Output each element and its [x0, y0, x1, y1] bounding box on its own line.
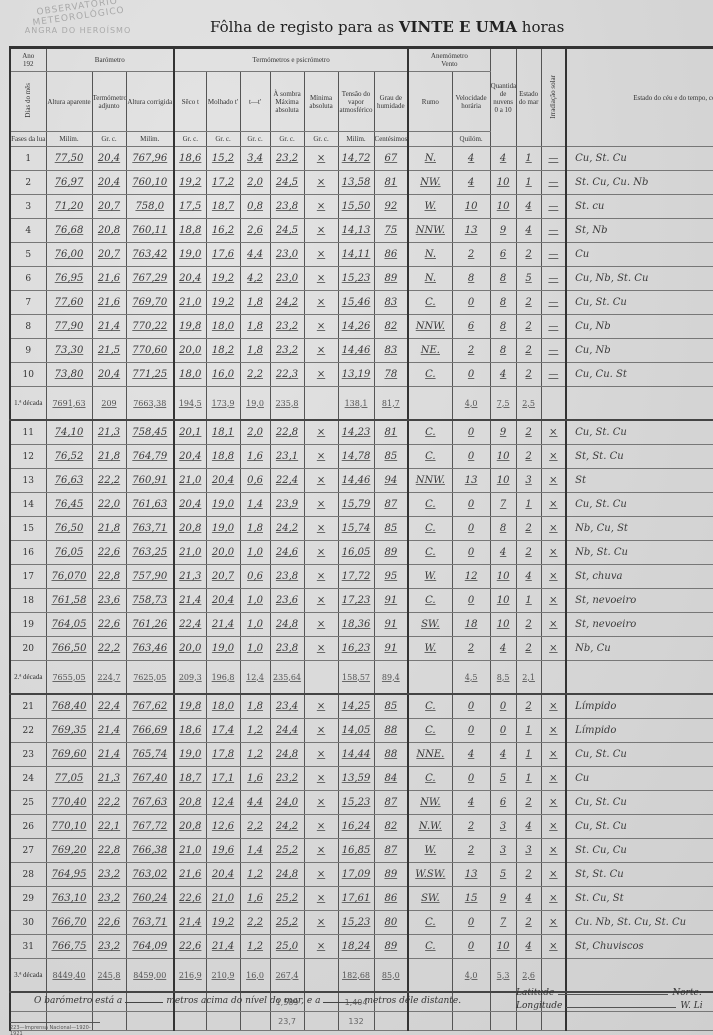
value-cell: 767,63	[126, 791, 174, 815]
value-cell: 194,5	[174, 387, 206, 421]
value-cell: 3	[516, 469, 541, 493]
value-cell: 20,8	[174, 517, 206, 541]
value-cell: 24,0	[270, 791, 304, 815]
value-cell: 76,05	[46, 541, 92, 565]
value-cell: 5	[516, 267, 541, 291]
value-cell: 4,5	[452, 661, 490, 695]
value-cell: NW.	[408, 791, 452, 815]
value-cell: ×	[541, 719, 566, 743]
value-cell: 5,3	[490, 959, 516, 993]
value-cell: 761,26	[126, 613, 174, 637]
value-cell: 20,1	[174, 420, 206, 445]
value-cell: 17,4	[206, 719, 240, 743]
table-row: 576,0020,7763,4219,017,64,423,0×14,1186N…	[10, 243, 713, 267]
days-header: Dias do mês	[10, 72, 46, 132]
value-cell: 16,2	[206, 219, 240, 243]
value-cell: 23,4	[270, 694, 304, 719]
value-cell: 770,40	[46, 791, 92, 815]
value-cell: ×	[304, 147, 338, 171]
value-cell: 21,4	[92, 719, 126, 743]
table-row: 177,5020,4767,9618,615,23,423,2×14,7267N…	[10, 147, 713, 171]
col-attached-thermometer: Termómetro adjunto	[92, 72, 126, 132]
value-cell: 77,50	[46, 147, 92, 171]
value-cell: 21,0	[174, 291, 206, 315]
value-cell: 1	[516, 171, 541, 195]
value-cell: 2	[516, 420, 541, 445]
day-number: 11	[10, 420, 46, 445]
value-cell: —	[541, 219, 566, 243]
value-cell: 769,60	[46, 743, 92, 767]
col-humidity: Grau de humidade	[374, 72, 408, 132]
observation-table: Ano192 Barómetro Termómetros e psicrómet…	[9, 46, 713, 1031]
value-cell: ×	[304, 911, 338, 935]
value-cell: 19,0	[206, 637, 240, 661]
value-cell: 20,8	[174, 791, 206, 815]
value-cell: 196,8	[206, 661, 240, 695]
anemometer-group-header: AnemómetroVento	[408, 48, 490, 72]
value-cell: 19,0	[240, 387, 270, 421]
value-cell: ×	[541, 589, 566, 613]
value-cell: 23,0	[270, 267, 304, 291]
value-cell: 6	[490, 791, 516, 815]
value-cell: 83	[374, 339, 408, 363]
col-dry: Sêco t	[174, 72, 206, 132]
sky-state-cell: St. Cu, St	[566, 887, 713, 911]
value-cell: 15,74	[338, 517, 374, 541]
sky-state-cell: Cu, Cu. St	[566, 363, 713, 387]
value-cell: NE.	[408, 339, 452, 363]
value-cell: 210,9	[206, 959, 240, 993]
value-cell: SW.	[408, 613, 452, 637]
value-cell: 23,0	[270, 243, 304, 267]
value-cell: 20,7	[92, 243, 126, 267]
value-cell: 23,8	[270, 637, 304, 661]
value-cell: 1,2	[240, 935, 270, 959]
value-cell: 1,4	[240, 493, 270, 517]
col-sea-state: Estado do mar	[516, 48, 541, 147]
value-cell: 770,10	[46, 815, 92, 839]
value-cell: 2	[516, 363, 541, 387]
value-cell: ×	[304, 291, 338, 315]
value-cell: 758,73	[126, 589, 174, 613]
value-cell: 24,8	[270, 743, 304, 767]
value-cell: 22,2	[92, 637, 126, 661]
value-cell: 0	[452, 767, 490, 791]
value-cell: 2	[516, 694, 541, 719]
value-cell: 770,60	[126, 339, 174, 363]
value-cell: 13,19	[338, 363, 374, 387]
value-cell: 86	[374, 243, 408, 267]
value-cell: 19,0	[206, 517, 240, 541]
value-cell: 0	[452, 694, 490, 719]
day-number: 4	[10, 219, 46, 243]
table-row: 18761,5823,6758,7321,420,41,023,6×17,239…	[10, 589, 713, 613]
pencil-total-row: 23,7132	[10, 1012, 713, 1031]
value-cell: 24,2	[270, 291, 304, 315]
value-cell: 17,72	[338, 565, 374, 589]
year-header: Ano192	[10, 48, 46, 72]
value-cell: NW.	[408, 171, 452, 195]
value-cell: 20,4	[92, 363, 126, 387]
value-cell: 85	[374, 445, 408, 469]
value-cell: 76,97	[46, 171, 92, 195]
value-cell: 18,8	[206, 445, 240, 469]
day-number: 6	[10, 267, 46, 291]
value-cell: 4	[452, 147, 490, 171]
value-cell: ×	[304, 363, 338, 387]
day-number: 21	[10, 694, 46, 719]
value-cell: 14,46	[338, 469, 374, 493]
value-cell: 22,4	[174, 613, 206, 637]
table-row: 20766,5022,2763,4620,019,01,023,8×16,239…	[10, 637, 713, 661]
value-cell: 3	[490, 839, 516, 863]
value-cell: 21,6	[92, 291, 126, 315]
value-cell: ×	[304, 420, 338, 445]
unit: Gr. c.	[304, 132, 338, 147]
value-cell: 21,8	[92, 517, 126, 541]
value-cell: ×	[541, 613, 566, 637]
value-cell: 20,4	[174, 445, 206, 469]
table-row: 1776,07022,8757,9021,320,70,623,8×17,729…	[10, 565, 713, 589]
value-cell: ×	[304, 767, 338, 791]
value-cell: ×	[541, 791, 566, 815]
day-number: 2	[10, 171, 46, 195]
unit	[408, 132, 452, 147]
sky-state-cell: Cu, Nb	[566, 315, 713, 339]
empty-cell	[490, 1012, 516, 1031]
value-cell: 22,8	[92, 565, 126, 589]
sky-state-cell: St. Cu, Cu	[566, 839, 713, 863]
value-cell: 2	[516, 291, 541, 315]
value-cell: 766,50	[46, 637, 92, 661]
sky-state-cell: Nb, St. Cu	[566, 541, 713, 565]
value-cell: 21,3	[174, 565, 206, 589]
value-cell: 9	[490, 887, 516, 911]
value-cell: 14,72	[338, 147, 374, 171]
value-cell: 24,2	[270, 815, 304, 839]
value-cell: 18,0	[206, 315, 240, 339]
value-cell: C.	[408, 517, 452, 541]
longitude-suffix: W. Li	[680, 1001, 702, 1011]
decade-summary-row: 3.ª década8449,40245,88459,00216,9210,91…	[10, 959, 713, 993]
value-cell	[304, 387, 338, 421]
value-cell: 763,71	[126, 517, 174, 541]
value-cell: 7,5	[490, 387, 516, 421]
value-cell: 2,5	[516, 387, 541, 421]
value-cell: 8	[490, 291, 516, 315]
day-number: 12	[10, 445, 46, 469]
value-cell: 82	[374, 815, 408, 839]
value-cell: 77,90	[46, 315, 92, 339]
value-cell: N.W.	[408, 815, 452, 839]
table-row: 31766,7523,2764,0922,621,41,225,0×18,248…	[10, 935, 713, 959]
value-cell: 87	[374, 493, 408, 517]
value-cell: 19,2	[206, 911, 240, 935]
value-cell: —	[541, 291, 566, 315]
title-hour: VINTE E UMA	[399, 18, 517, 36]
value-cell: ×	[304, 694, 338, 719]
value-cell: 766,38	[126, 839, 174, 863]
value-cell: 16,23	[338, 637, 374, 661]
table-row: 23769,6021,4765,7419,017,81,224,8×14,448…	[10, 743, 713, 767]
value-cell: ×	[304, 171, 338, 195]
value-cell: 18,0	[206, 694, 240, 719]
value-cell: 16,0	[206, 363, 240, 387]
value-cell: C.	[408, 767, 452, 791]
value-cell: 2,0	[240, 171, 270, 195]
value-cell: 7691,63	[46, 387, 92, 421]
value-cell: 8,5	[490, 661, 516, 695]
value-cell: 21,0	[174, 469, 206, 493]
value-cell: 19,0	[206, 493, 240, 517]
value-cell	[408, 959, 452, 993]
printer-imprint: 223—Imprensa Nacional—1920-1921	[10, 1022, 100, 1035]
value-cell: N.	[408, 243, 452, 267]
value-cell: 18	[452, 613, 490, 637]
value-cell: 10	[490, 195, 516, 219]
value-cell: 15,23	[338, 911, 374, 935]
table-row: 25770,4022,2767,6320,812,44,424,0×15,238…	[10, 791, 713, 815]
value-cell: 1,8	[240, 339, 270, 363]
value-cell: 17,8	[206, 743, 240, 767]
value-cell: 6	[452, 315, 490, 339]
value-cell: ×	[541, 541, 566, 565]
value-cell: 17,1	[206, 767, 240, 791]
value-cell: 74,10	[46, 420, 92, 445]
value-cell: 20,4	[174, 493, 206, 517]
value-cell: 757,90	[126, 565, 174, 589]
value-cell: 7	[490, 911, 516, 935]
value-cell: NNW.	[408, 315, 452, 339]
day-number: 14	[10, 493, 46, 517]
value-cell: 769,20	[46, 839, 92, 863]
value-cell: —	[541, 267, 566, 291]
value-cell: ×	[304, 195, 338, 219]
value-cell: 85	[374, 694, 408, 719]
unit: Centésimos	[374, 132, 408, 147]
table-row: 26770,1022,1767,7220,812,62,224,2×16,248…	[10, 815, 713, 839]
sky-state-cell: Límpido	[566, 719, 713, 743]
value-cell: 8	[490, 267, 516, 291]
value-cell: 764,95	[46, 863, 92, 887]
table-row: 2477,0521,3767,4018,717,11,623,2×13,5984…	[10, 767, 713, 791]
value-cell: C.	[408, 694, 452, 719]
observation-rows: 177,5020,4767,9618,615,23,423,2×14,7267N…	[10, 147, 713, 1031]
sky-state-cell: Cu, St. Cu	[566, 147, 713, 171]
value-cell: 1,2	[240, 719, 270, 743]
value-cell: SW.	[408, 887, 452, 911]
value-cell: 8449,40	[46, 959, 92, 993]
value-cell: ×	[541, 887, 566, 911]
col-wind-direction: Rumo	[408, 72, 452, 132]
value-cell: 10	[490, 469, 516, 493]
value-cell: 2	[452, 815, 490, 839]
day-number: 9	[10, 339, 46, 363]
value-cell: 76,00	[46, 243, 92, 267]
value-cell: 1,8	[240, 291, 270, 315]
value-cell: 0,6	[240, 469, 270, 493]
value-cell: C.	[408, 911, 452, 935]
sky-state-cell: St, Nb	[566, 219, 713, 243]
value-cell: 21,5	[92, 339, 126, 363]
value-cell: 13,59	[338, 767, 374, 791]
value-cell: 19,8	[174, 315, 206, 339]
value-cell: —	[541, 363, 566, 387]
value-cell: 761,58	[46, 589, 92, 613]
value-cell: 14,25	[338, 694, 374, 719]
empty-cell	[408, 1012, 452, 1031]
title-prefix: Fôlha de registo para as	[210, 18, 399, 36]
value-cell: 4	[516, 565, 541, 589]
value-cell: C.	[408, 493, 452, 517]
value-cell: 95	[374, 565, 408, 589]
value-cell: 235,64	[270, 661, 304, 695]
value-cell: 4	[516, 815, 541, 839]
col-diff: t—t'	[240, 72, 270, 132]
value-cell: ×	[541, 935, 566, 959]
value-cell: ×	[304, 339, 338, 363]
value-cell: 20,0	[174, 637, 206, 661]
value-cell: 1,0	[240, 637, 270, 661]
value-cell	[408, 387, 452, 421]
sky-state-cell: Cu, Nb, St. Cu	[566, 267, 713, 291]
day-number: 26	[10, 815, 46, 839]
value-cell: ×	[304, 863, 338, 887]
sky-state-cell: Cu, St. Cu	[566, 291, 713, 315]
value-cell: 4	[490, 363, 516, 387]
sky-state-cell: St, nevoeiro	[566, 613, 713, 637]
value-cell: 769,70	[126, 291, 174, 315]
value-cell: ×	[304, 743, 338, 767]
value-cell: 763,42	[126, 243, 174, 267]
value-cell: 13	[452, 469, 490, 493]
value-cell: 76,50	[46, 517, 92, 541]
value-cell: 89	[374, 863, 408, 887]
value-cell: 2	[516, 911, 541, 935]
table-row: 1174,1021,3758,4520,118,12,022,8×14,2381…	[10, 420, 713, 445]
value-cell: 76,95	[46, 267, 92, 291]
col-cloud-amount: Quantidade de nuvens 0 a 10	[490, 48, 516, 147]
value-cell: 758,45	[126, 420, 174, 445]
value-cell: 21,3	[92, 420, 126, 445]
table-row: 676,9521,6767,2920,419,24,223,0×15,2389N…	[10, 267, 713, 291]
value-cell: NNE.	[408, 743, 452, 767]
value-cell: 23,8	[270, 195, 304, 219]
value-cell: 22,8	[270, 420, 304, 445]
value-cell: 4,2	[240, 267, 270, 291]
value-cell	[304, 959, 338, 993]
value-cell: 3	[516, 839, 541, 863]
value-cell: 17,5	[174, 195, 206, 219]
sky-state-cell	[566, 959, 713, 993]
value-cell: 81	[374, 420, 408, 445]
barometer-note: O barómetro está ametros acima do nível …	[34, 996, 461, 1006]
empty-cell	[490, 992, 516, 1012]
decade-label: 3.ª década	[10, 959, 46, 993]
sky-state-cell: St, St. Cu	[566, 863, 713, 887]
value-cell: 760,91	[126, 469, 174, 493]
sky-state-cell: Cu, St. Cu	[566, 743, 713, 767]
value-cell: W.	[408, 637, 452, 661]
value-cell: 15,46	[338, 291, 374, 315]
value-cell: 89,4	[374, 661, 408, 695]
value-cell: 2	[516, 315, 541, 339]
value-cell: 76,45	[46, 493, 92, 517]
col-sky-state: Estado do céu e do tempo, configuração d…	[566, 48, 713, 147]
day-number: 7	[10, 291, 46, 315]
value-cell: 20,8	[92, 219, 126, 243]
value-cell: 21,4	[206, 613, 240, 637]
value-cell: 2	[452, 839, 490, 863]
value-cell: 2,0	[240, 420, 270, 445]
value-cell: 22,6	[174, 887, 206, 911]
value-cell: ×	[304, 637, 338, 661]
value-cell: 0	[452, 363, 490, 387]
value-cell: 0,6	[240, 565, 270, 589]
value-cell: 18,6	[174, 719, 206, 743]
value-cell: 25,2	[270, 911, 304, 935]
value-cell: 22,2	[92, 469, 126, 493]
col-max: À sombraMáxima absoluta	[270, 72, 304, 132]
value-cell: 4,0	[452, 959, 490, 993]
latitude-label: Latitude	[516, 988, 554, 998]
value-cell: ×	[541, 445, 566, 469]
table-row: 777,6021,6769,7021,019,21,824,2×15,4683C…	[10, 291, 713, 315]
value-cell: 10	[452, 195, 490, 219]
empty-cell	[206, 1012, 240, 1031]
value-cell: 235,8	[270, 387, 304, 421]
sky-state-cell: Nb, Cu	[566, 637, 713, 661]
value-cell: 2	[516, 541, 541, 565]
value-cell: 17,23	[338, 589, 374, 613]
value-cell: 1,2	[240, 863, 270, 887]
value-cell: 766,69	[126, 719, 174, 743]
value-cell: 23,2	[92, 863, 126, 887]
value-cell: 245,8	[92, 959, 126, 993]
value-cell: 216,9	[174, 959, 206, 993]
sky-state-cell: Cu. Nb, St. Cu, St. Cu	[566, 911, 713, 935]
value-cell: 7	[490, 493, 516, 517]
table-row: 877,9021,4770,2219,818,01,823,2×14,2682N…	[10, 315, 713, 339]
value-cell: 2	[516, 637, 541, 661]
value-cell: 770,22	[126, 315, 174, 339]
unit: Gr. c.	[174, 132, 206, 147]
value-cell: 0	[452, 445, 490, 469]
value-cell: 5	[490, 767, 516, 791]
value-cell: ×	[304, 267, 338, 291]
value-cell: 24,2	[270, 517, 304, 541]
value-cell: 92	[374, 195, 408, 219]
value-cell: 23,6	[270, 589, 304, 613]
value-cell: 4	[490, 147, 516, 171]
col-min: Mínima absoluta	[304, 72, 338, 132]
value-cell: 15,23	[338, 791, 374, 815]
value-cell: 7625,05	[126, 661, 174, 695]
value-cell: 8	[452, 267, 490, 291]
value-cell: 2,2	[240, 815, 270, 839]
value-cell: 3	[490, 815, 516, 839]
value-cell: 2,2	[240, 363, 270, 387]
value-cell: 760,10	[126, 171, 174, 195]
day-number: 27	[10, 839, 46, 863]
value-cell: 1,6	[240, 445, 270, 469]
unit: Milím.	[46, 132, 92, 147]
value-cell: ×	[541, 815, 566, 839]
col-wet: Molhado t'	[206, 72, 240, 132]
value-cell: 20,4	[174, 267, 206, 291]
value-cell: 769,35	[46, 719, 92, 743]
value-cell: 764,05	[46, 613, 92, 637]
